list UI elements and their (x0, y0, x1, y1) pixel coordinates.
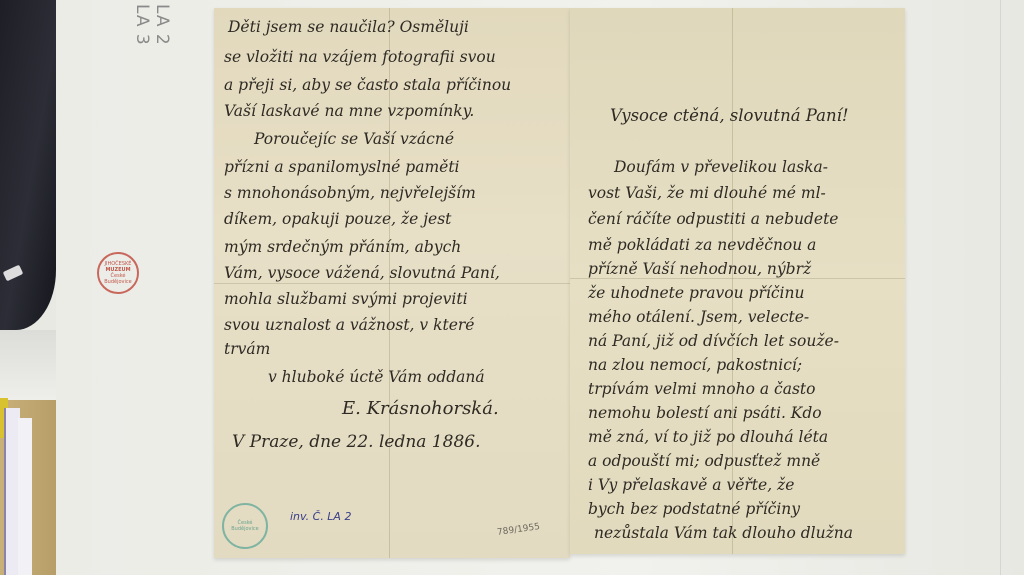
letter-line: mým srdečným přáním, abych (224, 240, 461, 256)
stamp-text: Budějovice (231, 526, 258, 532)
letter-line: trpívám velmi mnoho a často (588, 382, 815, 398)
stamp-text: České Budějovice (99, 273, 137, 285)
fold-line (732, 8, 733, 554)
white-fabric-background (0, 330, 56, 400)
letter-line: mě pokládati za nevděčnou a (588, 238, 816, 254)
closing-line: v hluboké úctě Vám oddaná (268, 370, 485, 386)
letter-line: mohla službami svými projeviti (224, 292, 468, 308)
mat-edge (1000, 0, 1001, 575)
letter-line: přízni a spanilomyslné paměti (224, 160, 460, 176)
place-date: V Praze, dne 22. ledna 1886. (232, 434, 480, 451)
letter-line: trvám (224, 342, 270, 358)
inventory-mark: inv. Č. LA 2 (290, 510, 351, 523)
folder-edge (18, 418, 32, 575)
salutation: Vysoce ctěná, slovutná Paní! (610, 108, 849, 125)
letter-line: Vaší laskavé na mne vzpomínky. (224, 104, 474, 120)
pencil-note-la2: LA 2 (152, 4, 172, 46)
letter-line: se vložiti na vzájem fotografii svou (224, 50, 496, 66)
letter-page-right: Vysoce ctěná, slovutná Paní! Doufám v př… (570, 8, 905, 554)
signature: E. Krásnohorská. (342, 400, 499, 418)
letter-line: díkem, opakuji pouze, že jest (224, 212, 451, 228)
letter-line: mého otálení. Jsem, velecte- (588, 310, 809, 326)
letter-line: Vám, vysoce vážená, slovutná Paní, (224, 266, 500, 282)
letter-line: Poroučejíc se Vaší vzácné (254, 132, 454, 148)
letter-line: a odpouští mi; odpusťtež mně (588, 454, 820, 470)
fold-line (570, 278, 905, 279)
letter-line: i Vy přelaskavě a věřte, že (588, 478, 794, 494)
letter-line: čení ráčíte odpustiti a nebudete (588, 212, 838, 228)
letter-line: nemohu bolestí ani psáti. Kdo (588, 406, 822, 422)
fold-line (214, 283, 570, 284)
red-museum-stamp: JIHOČESKÉ MUZEUM České Budějovice (97, 252, 139, 294)
letter-page-left: Děti jsem se naučila? Osměluji se vložit… (214, 8, 570, 558)
letter-line: Děti jsem se naučila? Osměluji (228, 20, 469, 36)
letter-line: ná Paní, již od dívčích let souže- (588, 334, 839, 350)
letter-line: vost Vaši, že mi dlouhé mé ml- (588, 186, 826, 202)
letter-line: a přeji si, aby se často stala příčinou (224, 78, 511, 94)
pencil-note-la3: LA 3 (132, 4, 152, 46)
letter-line: na zlou nemocí, pakostnicí; (588, 358, 802, 374)
letter-line: nezůstala Vám tak dlouho dlužna (594, 526, 853, 542)
letter-line: mě zná, ví to již po dlouhá léta (588, 430, 828, 446)
letter-line: bych bez podstatné příčiny (588, 502, 800, 518)
green-museum-stamp: České Budějovice (222, 503, 268, 549)
letter-line: s mnohonásobným, nejvřelejším (224, 186, 476, 202)
letter-line: Doufám v převelikou laska- (614, 160, 828, 176)
letter-line: že uhodnete pravou příčinu (588, 286, 804, 302)
letter-line: svou uznalost a vážnost, v které (224, 318, 474, 334)
letter-line: přízně Vaší nehodnou, nýbrž (588, 262, 811, 278)
